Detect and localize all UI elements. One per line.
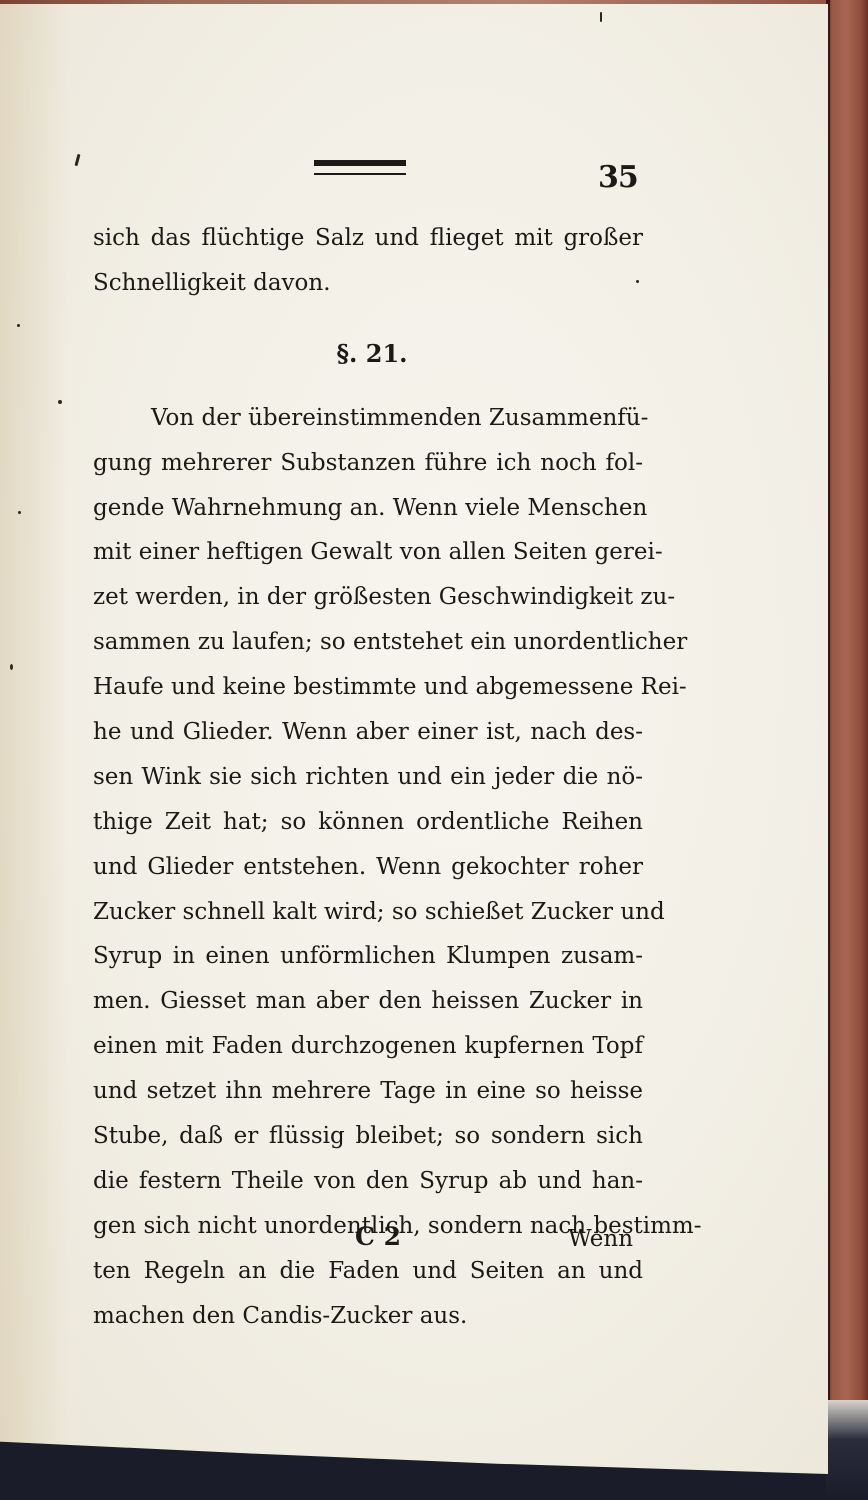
text-line: thige Zeit hat; so können ordentliche Re… <box>93 800 643 845</box>
text-line: he und Glieder. Wenn aber einer ist, nac… <box>93 710 643 755</box>
body-text: sich das flüchtige Salz und flieget mit … <box>93 216 643 1338</box>
leather-cover-edge <box>826 0 868 1410</box>
catchword: Wenn <box>568 1226 633 1252</box>
text-line: Stube, daß er flüssig bleibet; so sonder… <box>93 1114 643 1159</box>
text-line: die festern Theile von den Syrup ab und … <box>93 1159 643 1204</box>
text-line: men. Giesset man aber den heissen Zucker… <box>93 979 643 1024</box>
text-line: einen mit Faden durchzogenen kupfernen T… <box>93 1024 643 1069</box>
section-heading: §. 21. <box>93 306 643 396</box>
text-line: mit einer heftigen Gewalt von allen Seit… <box>93 530 643 575</box>
signature-mark: C 2 <box>355 1222 401 1251</box>
text-line: Syrup in einen unförmlichen Klumpen zusa… <box>93 934 643 979</box>
text-line: zet werden, in der größesten Geschwindig… <box>93 575 643 620</box>
text-line: und setzet ihn mehrere Tage in eine so h… <box>93 1069 643 1114</box>
text-line: gende Wahrnehmung an. Wenn viele Mensche… <box>93 486 643 531</box>
paper-speck <box>210 1456 212 1459</box>
text-line: Von der übereinstimmenden Zusammenfü- <box>93 396 643 441</box>
paper-speck <box>46 1446 48 1449</box>
header-rule-thick <box>314 160 406 166</box>
paper-speck <box>10 664 13 670</box>
cover-bottom-corner <box>826 1400 868 1500</box>
paper-speck <box>18 511 21 514</box>
text-line: Haufe und keine bestimmte und abgemessen… <box>93 665 643 710</box>
book-scan: 35 sich das flüchtige Salz und flieget m… <box>0 0 868 1500</box>
text-line: Zucker schnell kalt wird; so schießet Zu… <box>93 890 643 935</box>
text-line: und Glieder entstehen. Wenn gekochter ro… <box>93 845 643 890</box>
paper-speck <box>74 154 80 166</box>
text-line: sich das flüchtige Salz und flieget mit … <box>93 216 643 261</box>
header-rule-thin <box>314 173 406 175</box>
text-line: gung mehrerer Substanzen führe ich noch … <box>93 441 643 486</box>
header-double-rule <box>314 160 406 178</box>
text-line: sen Wink sie sich richten und ein jeder … <box>93 755 643 800</box>
paper-speck <box>61 1450 64 1454</box>
paper-speck <box>17 324 20 327</box>
text-line: ten Regeln an die Faden und Seiten an un… <box>93 1249 643 1294</box>
text-line: machen den Candis-Zucker aus. <box>93 1294 643 1339</box>
text-line: Schnelligkeit davon. <box>93 261 643 306</box>
text-line: sammen zu laufen; so entstehet ein unord… <box>93 620 643 665</box>
page-number: 35 <box>598 160 638 195</box>
paper-speck <box>600 12 602 22</box>
paper-speck <box>58 400 62 404</box>
